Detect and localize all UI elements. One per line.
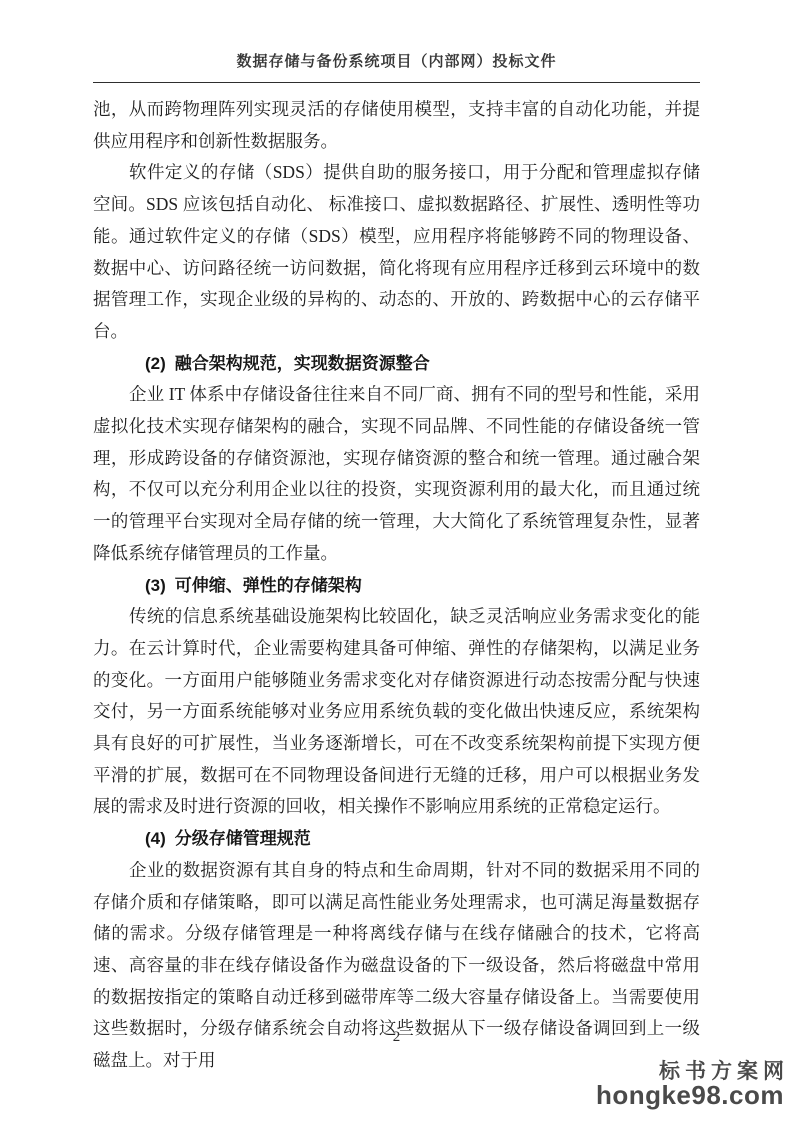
paragraph: 企业 IT 体系中存储设备往往来自不同厂商、拥有不同的型号和性能，采用虚拟化技术… — [93, 379, 700, 569]
heading-text: 可伸缩、弹性的存储架构 — [175, 576, 362, 595]
page-header: 数据存储与备份系统项目（内部网）投标文件 — [0, 0, 793, 83]
heading-text: 分级存储管理规范 — [175, 829, 311, 848]
watermark-site-name: 标书方案网 — [596, 1061, 789, 1082]
heading-number: (3) — [145, 576, 166, 595]
heading-text: 融合架构规范，实现数据资源整合 — [175, 354, 430, 373]
header-divider — [93, 82, 700, 83]
section-heading-3: (3)可伸缩、弹性的存储架构 — [93, 570, 700, 602]
site-watermark: 标书方案网 hongke98.com — [596, 1061, 784, 1109]
header-title: 数据存储与备份系统项目（内部网）投标文件 — [0, 0, 793, 71]
heading-number: (4) — [145, 829, 166, 848]
heading-number: (2) — [145, 354, 166, 373]
section-heading-2: (2)融合架构规范，实现数据资源整合 — [93, 348, 700, 380]
paragraph: 软件定义的存储（SDS）提供自助的服务接口，用于分配和管理虚拟存储空间。SDS … — [93, 157, 700, 347]
paragraph: 传统的信息系统基础设施架构比较固化，缺乏灵活响应业务需求变化的能力。在云计算时代… — [93, 601, 700, 823]
paragraph-continuation: 池，从而跨物理阵列实现灵活的存储使用模型，支持丰富的自动化功能，并提供应用程序和… — [93, 94, 700, 157]
document-body: 池，从而跨物理阵列实现灵活的存储使用模型，支持丰富的自动化功能，并提供应用程序和… — [93, 94, 700, 1077]
page-number: 2 — [0, 1029, 793, 1046]
watermark-site-url: hongke98.com — [596, 1082, 784, 1109]
document-page: 数据存储与备份系统项目（内部网）投标文件 池，从而跨物理阵列实现灵活的存储使用模… — [0, 0, 793, 1122]
section-heading-4: (4)分级存储管理规范 — [93, 823, 700, 855]
